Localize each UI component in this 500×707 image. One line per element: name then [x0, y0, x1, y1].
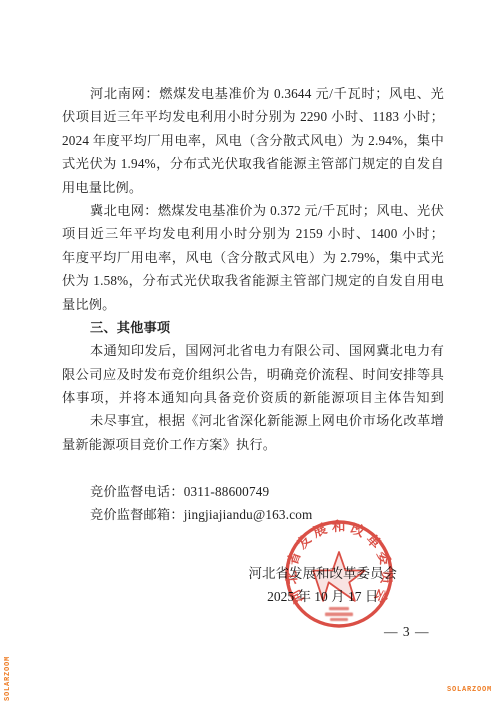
body-line: 年度平均厂用电率，风电（含分散式风电）为 2.79%，集中式光 [62, 246, 444, 269]
body-line: 河北南网：燃煤发电基准价为 0.3644 元/千瓦时；风电、光 [62, 82, 444, 105]
body-line: 量新能源项目竞价工作方案》执行。 [62, 433, 444, 456]
section-heading: 三、其他事项 [62, 316, 444, 339]
body-line: 未尽事宜，根据《河北省深化新能源上网电价市场化改革增 [62, 409, 444, 432]
seal-star-icon [313, 552, 364, 601]
blank-line [62, 456, 444, 479]
body-line: 用电量比例。 [62, 176, 444, 199]
body-text: 河北南网：燃煤发电基准价为 0.3644 元/千瓦时；风电、光伏项目近三年平均发… [62, 82, 444, 526]
document-page: 河北南网：燃煤发电基准价为 0.3644 元/千瓦时；风电、光伏项目近三年平均发… [0, 0, 500, 707]
body-line: 冀北电网：燃煤发电基准价为 0.372 元/千瓦时；风电、光伏 [62, 199, 444, 222]
body-line: 2024 年度平均厂用电率，风电（含分散式风电）为 2.94%，集中 [62, 129, 444, 152]
body-line: 体事项，并将本通知向具备竞价资质的新能源项目主体告知到位。 [62, 386, 444, 409]
official-seal: 河北省发展和改革委员会 [269, 504, 409, 644]
supervision-phone-line: 竞价监督电话：0311-88600749 [62, 480, 444, 503]
watermark-bottom-right: SOLARZOOM [447, 686, 492, 694]
body-line: 限公司应及时发布竞价组织公告，明确竞价流程、时间安排等具 [62, 363, 444, 386]
body-line: 本通知印发后，国网河北省电力有限公司、国网冀北电力有 [62, 339, 444, 362]
body-line: 式光伏为 1.94%，分布式光伏取我省能源主管部门规定的自发自 [62, 152, 444, 175]
seal-code-marks [325, 607, 353, 621]
page-number: — 3 — [384, 624, 430, 640]
body-line: 伏项目近三年平均发电利用小时分别为 2290 小时、1183 小时； [62, 105, 444, 128]
body-line: 伏为 1.58%，分布式光伏取我省能源主管部门规定的自发自用电 [62, 269, 444, 292]
body-line: 项目近三年平均发电利用小时分别为 2159 小时、1400 小时；2024 [62, 222, 444, 245]
body-line: 量比例。 [62, 293, 444, 316]
watermark-bottom-left: SOLARZOOM [4, 656, 12, 701]
